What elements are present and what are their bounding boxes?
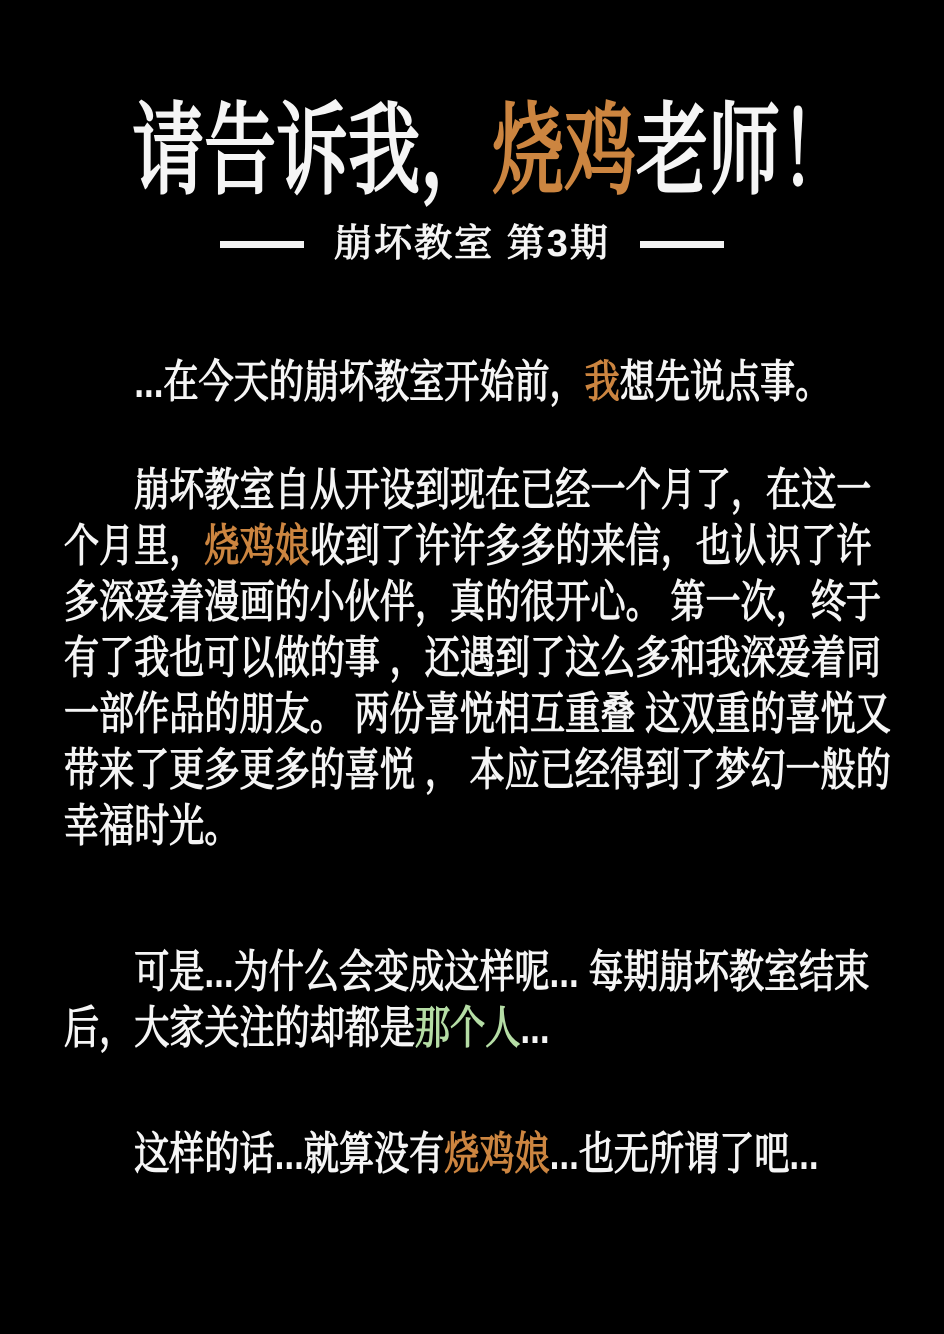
text-segment: 崩坏教室自从开设到现在已经一个月了，在这一 bbox=[134, 464, 871, 515]
text-segment: 老师！ bbox=[636, 95, 852, 207]
text-segment-orange: 烧鸡娘 bbox=[204, 520, 309, 571]
text-line: 可是...为什么会变成这样呢... 每期崩坏教室结束 bbox=[64, 944, 750, 1000]
text-segment: 带来了更多更多的喜悦 ， 本应已经得到了梦幻一般的 bbox=[64, 744, 891, 795]
paragraph-4: 这样的话...就算没有烧鸡娘...也无所谓了吧... bbox=[64, 1126, 944, 1182]
text-segment: 可是...为什么会变成这样呢... 每期崩坏教室结束 bbox=[134, 946, 869, 997]
text-line: 多深爱着漫画的小伙伴，真的很开心。 第一次，终于 bbox=[64, 574, 750, 630]
text-line: ...在今天的崩坏教室开始前，我想先说点事。 bbox=[64, 354, 750, 410]
text-line: 一部作品的朋友。 两份喜悦相互重叠 这双重的喜悦又 bbox=[64, 686, 750, 742]
text-line: 这样的话...就算没有烧鸡娘...也无所谓了吧... bbox=[64, 1126, 750, 1182]
text-segment-orange: 烧鸡娘 bbox=[444, 1128, 549, 1179]
poster-page: 请告诉我，烧鸡老师！ 崩坏教室 第3期 ...在今天的崩坏教室开始前，我想先说点… bbox=[0, 0, 944, 1334]
text-segment: 请告诉我， bbox=[132, 95, 492, 207]
text-segment: ...也无所谓了吧... bbox=[550, 1128, 819, 1179]
text-segment: 这样的话...就算没有 bbox=[134, 1128, 444, 1179]
text-segment: 想先说点事。 bbox=[620, 356, 831, 407]
text-segment-orange: 烧鸡 bbox=[492, 95, 636, 207]
text-segment-orange: 我 bbox=[585, 356, 620, 407]
text-line: 幸福时光。 bbox=[64, 798, 750, 854]
text-segment: 后，大家关注的却都是 bbox=[64, 1002, 415, 1053]
paragraph-1: ...在今天的崩坏教室开始前，我想先说点事。 bbox=[64, 354, 944, 410]
text-line: 带来了更多更多的喜悦 ， 本应已经得到了梦幻一般的 bbox=[64, 742, 750, 798]
subtitle: 崩坏教室 第3期 bbox=[0, 220, 944, 268]
subtitle-dash-left bbox=[220, 241, 304, 248]
text-segment: 一部作品的朋友。 两份喜悦相互重叠 这双重的喜悦又 bbox=[64, 688, 891, 739]
text-line: 后，大家关注的却都是那个人... bbox=[64, 1000, 750, 1056]
text-line: 个月里，烧鸡娘收到了许许多多的来信，也认识了许 bbox=[64, 518, 750, 574]
body-text: ...在今天的崩坏教室开始前，我想先说点事。崩坏教室自从开设到现在已经一个月了，… bbox=[64, 354, 944, 1182]
text-segment-green: 那个人 bbox=[415, 1002, 520, 1053]
text-segment: 收到了许许多多的来信，也认识了许 bbox=[310, 520, 872, 571]
text-segment: ... bbox=[520, 1002, 549, 1053]
subtitle-dash-right bbox=[640, 241, 724, 248]
text-segment: ...在今天的崩坏教室开始前， bbox=[134, 356, 584, 407]
paragraph-3: 可是...为什么会变成这样呢... 每期崩坏教室结束后，大家关注的却都是那个人.… bbox=[64, 944, 944, 1056]
text-segment: 多深爱着漫画的小伙伴，真的很开心。 第一次，终于 bbox=[64, 576, 881, 627]
text-segment: 幸福时光。 bbox=[64, 800, 240, 851]
text-line: 有了我也可以做的事 ，还遇到了这么多和我深爱着同 bbox=[64, 630, 750, 686]
text-segment: 有了我也可以做的事 ，还遇到了这么多和我深爱着同 bbox=[64, 632, 881, 683]
text-segment: 个月里， bbox=[64, 520, 204, 571]
subtitle-text: 崩坏教室 第3期 bbox=[334, 220, 610, 268]
page-title: 请告诉我，烧鸡老师！ bbox=[132, 95, 812, 207]
text-line: 崩坏教室自从开设到现在已经一个月了，在这一 bbox=[64, 462, 750, 518]
paragraph-2: 崩坏教室自从开设到现在已经一个月了，在这一个月里，烧鸡娘收到了许许多多的来信，也… bbox=[64, 462, 944, 854]
